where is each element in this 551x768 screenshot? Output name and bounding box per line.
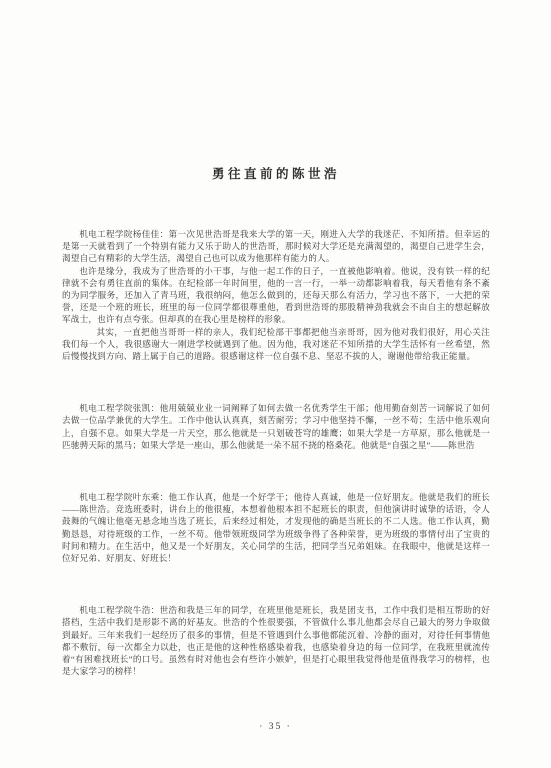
paragraph: 也许是缘分，我成为了世浩哥的小干事，与他一起工作的日子，一直被他影响着。他说，没… xyxy=(62,265,490,326)
page-title: 勇往直前的陈世浩 xyxy=(62,164,490,182)
testimonial-section-zhangkai: 机电工程学院张凯：他用兢兢业业一词阐释了如何去做一名优秀学生干部；他用勤奋刻苦一… xyxy=(62,402,490,451)
paragraph: 机电工程学院杨佳佳：第一次见世浩哥是我来大学的第一天，刚进入大学的我迷茫、不知所… xyxy=(62,228,490,265)
page-content: 勇往直前的陈世浩 机电工程学院杨佳佳：第一次见世浩哥是我来大学的第一天，刚进入大… xyxy=(62,0,490,677)
paragraph: 机电工程学院叶东乘：他工作认真，他是一个好学干；他待人真诚，他是一位好朋友。他就… xyxy=(62,491,490,564)
testimonial-section-niuhao: 机电工程学院牛浩：世浩和我是三年的同学，在班里他是班长，我是团支书，工作中我们是… xyxy=(62,604,490,677)
document-page: 勇往直前的陈世浩 机电工程学院杨佳佳：第一次见世浩哥是我来大学的第一天，刚进入大… xyxy=(0,0,551,768)
paragraph: 其实，一直把他当哥哥一样的亲人，我们纪检部干事都把他当亲哥哥，因为他对我们很好，… xyxy=(62,326,490,363)
testimonial-section-yedongcheng: 机电工程学院叶东乘：他工作认真，他是一个好学干；他待人真诚，他是一位好朋友。他就… xyxy=(62,491,490,564)
testimonial-section-yangjiajia: 机电工程学院杨佳佳：第一次见世浩哥是我来大学的第一天，刚进入大学的我迷茫、不知所… xyxy=(62,228,490,362)
paragraph: 机电工程学院牛浩：世浩和我是三年的同学，在班里他是班长，我是团支书，工作中我们是… xyxy=(62,604,490,677)
paragraph: 机电工程学院张凯：他用兢兢业业一词阐释了如何去做一名优秀学生干部；他用勤奋刻苦一… xyxy=(62,402,490,451)
body-text: 机电工程学院杨佳佳：第一次见世浩哥是我来大学的第一天，刚进入大学的我迷茫、不知所… xyxy=(62,228,490,677)
page-number: · 35 · xyxy=(0,722,551,732)
